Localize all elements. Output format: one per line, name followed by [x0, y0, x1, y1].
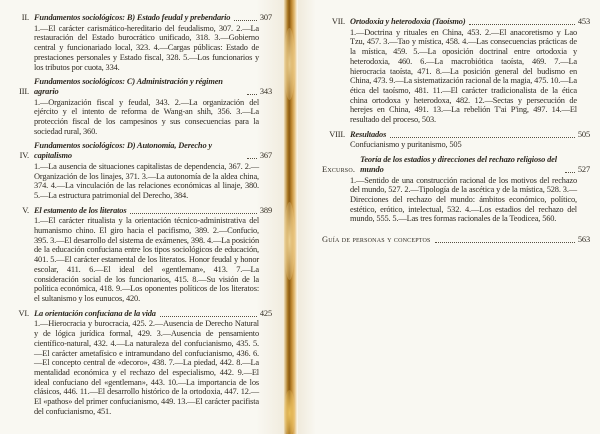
toc-section: VII. Ortodoxia y heterodoxia (Taoísmo) 4… [322, 17, 590, 125]
toc-section: VI. La orientación confuciana de la vida… [6, 309, 272, 417]
dot-leader [234, 20, 257, 21]
section-items: 1.—El carácter carismático-hereditario d… [34, 24, 259, 73]
dot-leader [565, 172, 575, 173]
section-page-number: 453 [578, 17, 590, 27]
section-heading: III. Fundamentos sociológicos: C) Admini… [6, 77, 272, 96]
section-items: 1.—Organización fiscal y feudal, 343. 2.… [34, 98, 259, 137]
section-items: 1.—La ausencia de situaciones capitalist… [34, 162, 259, 201]
section-numeral: II. [6, 13, 34, 23]
section-title: Fundamentos sociológicos: B) Estado feud… [34, 13, 230, 23]
toc-section: III. Fundamentos sociológicos: C) Admini… [6, 77, 272, 136]
toc-section: II. Fundamentos sociológicos: B) Estado … [6, 13, 272, 72]
gutter-highlight [284, 390, 295, 434]
dot-leader [469, 24, 574, 25]
section-title: El estamento de los literatos [34, 206, 126, 216]
section-items: 1.—Doctrina y rituales en China, 453. 2.… [350, 28, 577, 125]
section-heading: VII. Ortodoxia y heterodoxia (Taoísmo) 4… [322, 17, 590, 27]
section-heading: V. El estamento de los literatos 389 [6, 206, 272, 216]
guide-page-number: 563 [578, 235, 590, 245]
page-curl-shadow-right [298, 0, 316, 434]
section-heading: VIII. Resultados 505 [322, 130, 590, 140]
toc-section: Excurso. Teoría de los estadios y direcc… [322, 155, 590, 224]
dot-leader [390, 137, 575, 138]
section-title: Fundamentos sociológicos: C) Administrac… [34, 77, 243, 96]
guide-label: Guía de personas y conceptos [322, 235, 431, 245]
section-title: La orientación confuciana de la vida [34, 309, 156, 319]
page-curl-shadow-left [256, 0, 283, 434]
section-numeral: IV. [6, 151, 34, 161]
gutter-highlight [284, 202, 295, 280]
section-items: 1.—Hierocracia y burocracia, 425. 2.—Aus… [34, 319, 259, 416]
section-numeral: III. [6, 87, 34, 97]
section-numeral: VII. [322, 17, 350, 27]
section-title: Ortodoxia y heterodoxia (Taoísmo) [350, 17, 465, 27]
gutter-highlight [284, 28, 295, 100]
left-page: II. Fundamentos sociológicos: B) Estado … [6, 13, 272, 421]
dot-leader [130, 213, 256, 214]
section-title: Teoría de los estadios y direcciones del… [360, 155, 561, 174]
section-numeral: VI. [6, 309, 34, 319]
section-page-number: 527 [578, 165, 590, 175]
section-heading: Excurso. Teoría de los estadios y direcc… [322, 155, 590, 174]
section-title: Resultados [350, 130, 386, 140]
section-numeral: Excurso. [322, 165, 360, 175]
guide-entry: Guía de personas y conceptos 563 [322, 235, 590, 245]
dot-leader [160, 316, 257, 317]
toc-section: IV. Fundamentos sociológicos: D) Autonom… [6, 141, 272, 200]
section-items: 1.—Sentido de una construcción racional … [350, 176, 577, 225]
section-heading: IV. Fundamentos sociológicos: D) Autonom… [6, 141, 272, 160]
section-heading: II. Fundamentos sociológicos: B) Estado … [6, 13, 272, 23]
right-page: VII. Ortodoxia y heterodoxia (Taoísmo) 4… [322, 17, 590, 246]
section-heading: VI. La orientación confuciana de la vida… [6, 309, 272, 319]
section-items: Confucianismo y puritanismo, 505 [350, 140, 577, 150]
toc-section: VIII. Resultados 505 Confucianismo y pur… [322, 130, 590, 150]
section-numeral: V. [6, 206, 34, 216]
toc-section: V. El estamento de los literatos 389 1.—… [6, 206, 272, 304]
section-page-number: 505 [578, 130, 590, 140]
dot-leader [435, 242, 575, 243]
section-numeral: VIII. [322, 130, 350, 140]
section-items: 1.—El carácter ritualista y la orientaci… [34, 216, 259, 303]
section-title: Fundamentos sociológicos: D) Autonomía, … [34, 141, 243, 160]
